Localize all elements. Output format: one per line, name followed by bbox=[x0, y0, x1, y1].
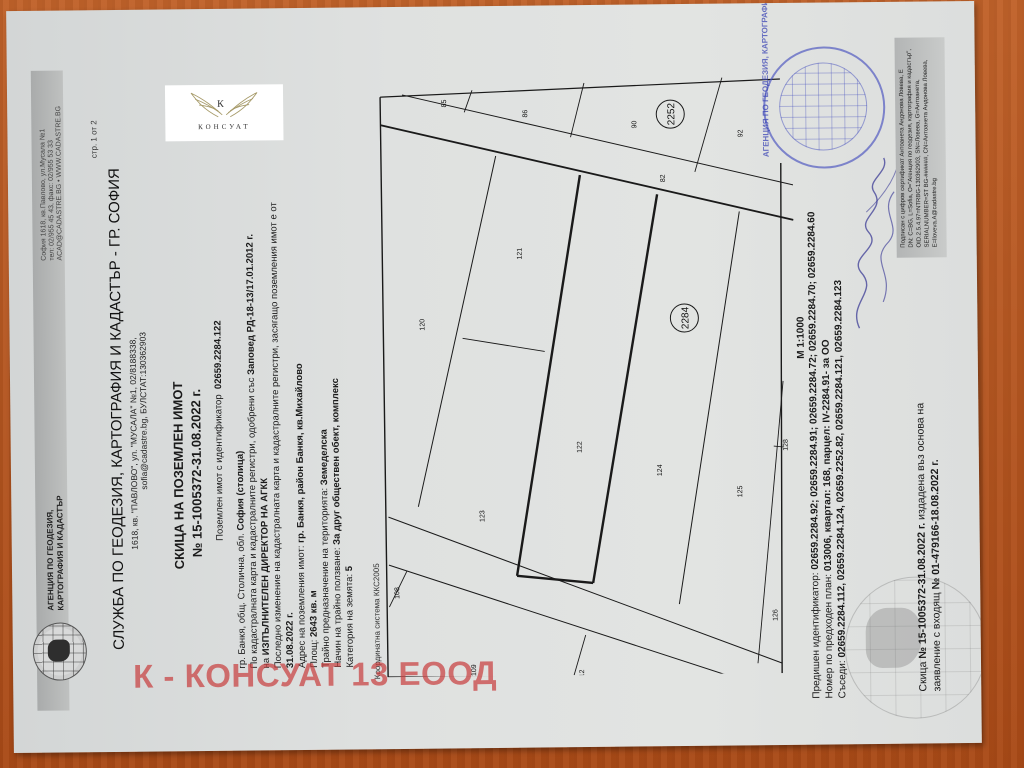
parcel-label: 128 bbox=[783, 439, 790, 451]
digital-signature-line5: E=lloveva.A@cadastre.bg bbox=[932, 178, 939, 247]
request-number: № 01-479166-18.08.2022 г. bbox=[929, 459, 942, 589]
agency-contact-line2: тел: 02/955 45 43, факс: 02/955 53 33 bbox=[47, 140, 55, 261]
address-label: Адрес на поземления имот: bbox=[296, 546, 308, 669]
agency-contact-line1: София 1618, кв.Павлово, ул.Мусала №1 bbox=[39, 129, 47, 261]
issued-number: № 15-1005372-31.08.2022 г. bbox=[916, 523, 929, 659]
stamp-text: АГЕНЦИЯ ПО ГЕОДЕЗИЯ, КАРТОГРАФИЯ И КАДАС… bbox=[759, 1, 771, 157]
block-label: 2284 bbox=[680, 306, 691, 329]
parcel-label: 122 bbox=[577, 441, 584, 453]
issuer-line: на ИЗПЪЛНИТЕЛЕН ДИРЕКТОР НА АГКК bbox=[259, 478, 272, 669]
issued-prefix: Скица bbox=[917, 662, 929, 692]
agency-name-line2: КАРТОГРАФИЯ И КАДАСТЪР bbox=[55, 495, 65, 610]
previous-identifier-label: Предишен идентификатор: bbox=[810, 572, 822, 698]
agency-name-line1: АГЕНЦИЯ ПО ГЕОДЕЗИЯ, bbox=[45, 510, 55, 611]
category-line: Категория на земята: 5 bbox=[344, 566, 356, 668]
parcel-label: 125 bbox=[737, 485, 744, 497]
previous-plan-value: 013006, квартал: 168, парцел: IV-2284.91… bbox=[821, 339, 834, 571]
identifier-value: 02659.2284.122 bbox=[212, 320, 224, 389]
address-value: гр. Банкя, район Банкя, кв.Михайлово bbox=[294, 363, 307, 543]
parcel-label: 90 bbox=[631, 120, 638, 128]
neighbors-value: 02659.2284.112, 02659.2284.124, 02659.22… bbox=[833, 280, 848, 658]
category-label: Категория на земята: bbox=[344, 574, 356, 668]
issuer: ИЗПЪЛНИТЕЛЕН ДИРЕКТОР НА АГКК bbox=[259, 478, 272, 655]
office-email: sofia@cadastre.bg, БУЛСТАТ:130362903 bbox=[138, 332, 150, 490]
company-watermark: К - КОНСУАТ 13 ЕООД bbox=[133, 654, 497, 696]
location-prefix: гр. Банкя, общ. Столична, обл. bbox=[236, 533, 248, 669]
identifier-label: Поземлен имот с идентификатор bbox=[213, 394, 226, 541]
parcel-label: 85 bbox=[441, 99, 448, 107]
cadastral-sketch-document: АГЕНЦИЯ ПО ГЕОДЕЗИЯ, КАРТОГРАФИЯ И КАДАС… bbox=[6, 1, 982, 753]
document-number: № 15-1005372-31.08.2022 г. bbox=[188, 389, 205, 557]
request-line: заявление с входящ № 01-479166-18.08.202… bbox=[929, 459, 943, 691]
map-scale: М 1:1000 bbox=[795, 316, 806, 358]
identifier-line: Поземлен имот с идентификатор 02659.2284… bbox=[212, 320, 225, 541]
address-line: Адрес на поземления имот: гр. Банкя, рай… bbox=[294, 363, 308, 668]
page-indicator: стр. 1 от 2 bbox=[89, 120, 98, 158]
approval-order: Заповед РД-18-13/17.01.2012 г. bbox=[244, 234, 256, 375]
parcel-label: 86 bbox=[522, 110, 529, 118]
document-title: СКИЦА НА ПОЗЕМЛЕН ИМОТ bbox=[170, 382, 187, 570]
previous-plan-label: Номер по предходен план: bbox=[823, 574, 835, 699]
official-stamp: АГЕНЦИЯ ПО ГЕОДЕЗИЯ, КАРТОГРАФИЯ И КАДАС… bbox=[763, 46, 886, 169]
cadastral-map: 85 86 90 92 82 120 121 122 123 124 125 1… bbox=[372, 73, 798, 677]
faded-agency-globe-icon bbox=[844, 576, 982, 719]
parcel-label: 112 bbox=[579, 669, 586, 677]
logo-letter: К bbox=[217, 99, 224, 110]
parcel-label: 108 bbox=[394, 587, 401, 599]
parcel-label: 92 bbox=[737, 129, 744, 137]
parcel-label: 82 bbox=[660, 174, 667, 182]
usage-label: Начин на трайно ползване: bbox=[332, 547, 344, 667]
konsuat-logo: К КОНСУАТ bbox=[165, 84, 284, 141]
previous-plan-line: Номер по предходен план: 013006, квартал… bbox=[821, 339, 836, 698]
usage-line: Начин на трайно ползване: За друг общест… bbox=[330, 378, 344, 668]
category-value: 5 bbox=[344, 566, 355, 571]
request-prefix: заявление с входящ bbox=[930, 592, 943, 691]
parcel-label: 124 bbox=[657, 464, 664, 476]
stamp-globe-icon bbox=[779, 62, 868, 151]
purpose-value: Земеделска bbox=[319, 429, 331, 485]
location-region: София (столица) bbox=[235, 451, 247, 531]
logo-brand: КОНСУАТ bbox=[165, 122, 283, 131]
location-line: гр. Банкя, общ. Столична, обл. София (ст… bbox=[235, 451, 248, 669]
block-label: 2252 bbox=[666, 103, 677, 126]
parcel-label: 121 bbox=[517, 248, 524, 260]
issued-line: Скица № 15-1005372-31.08.2022 г. издаден… bbox=[914, 403, 929, 692]
previous-identifier-value: 02659.2284.92; 02659.2284.91; 02659.2284… bbox=[806, 212, 821, 570]
approval-text: По кадастралната карта и кадастралните р… bbox=[246, 377, 260, 668]
previous-identifier-line: Предишен идентификатор: 02659.2284.92; 0… bbox=[806, 212, 822, 699]
issued-suffix: издадена въз основа на bbox=[914, 403, 927, 520]
parcel-label: 123 bbox=[479, 510, 486, 522]
area-value: 2643 кв. м bbox=[308, 590, 319, 637]
usage-value: За друг обществен обект, комплекс bbox=[330, 378, 343, 545]
parcel-label: 120 bbox=[419, 319, 426, 331]
agency-globe-logo-icon bbox=[33, 622, 88, 681]
parcel-label: 126 bbox=[772, 609, 779, 621]
purpose-label: Трайно предназначение на територията: bbox=[319, 488, 332, 668]
office-title: СЛУЖБА ПО ГЕОДЕЗИЯ, КАРТОГРАФИЯ И КАДАСТ… bbox=[106, 168, 128, 650]
